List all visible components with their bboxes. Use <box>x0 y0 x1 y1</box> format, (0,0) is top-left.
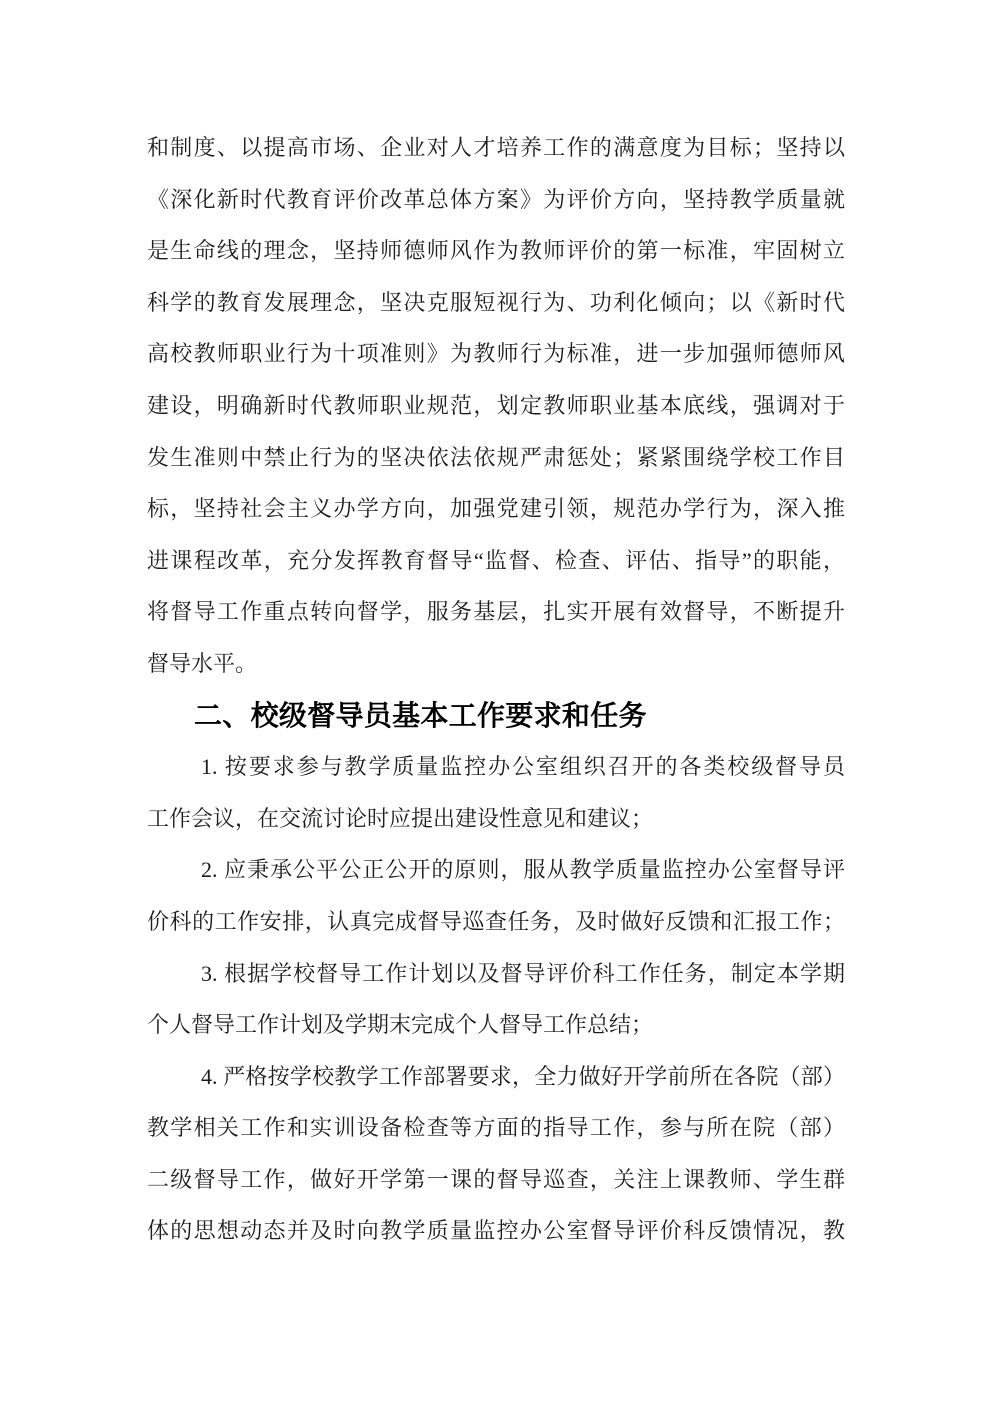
body-text-line: 科学的教育发展理念，坚决克服短视行为、功利化倾向；以《新时代 <box>147 277 845 329</box>
body-text-line: 高校教师职业行为十项准则》为教师行为标准，进一步加强师德师风 <box>147 328 845 380</box>
list-item-line: 体的思想动态并及时向教学质量监控办公室督导评价科反馈情况，教 <box>147 1205 845 1257</box>
body-text-line: 《深化新时代教育评价改革总体方案》为评价方向，坚持教学质量就 <box>147 174 845 226</box>
body-text-line: 标，坚持社会主义办学方向，加强党建引领，规范办学行为，深入推 <box>147 483 845 535</box>
list-item-line: 4. 严格按学校教学工作部署要求，全力做好开学前所在各院（部） <box>147 1051 845 1103</box>
body-text-line: 将督导工作重点转向督学，服务基层，扎实开展有效督导，不断提升 <box>147 586 845 638</box>
list-item-line: 个人督导工作计划及学期末完成个人督导工作总结； <box>147 999 845 1051</box>
document-page: 和制度、以提高市场、企业对人才培养工作的满意度为目标；坚持以 《深化新时代教育评… <box>0 0 992 1403</box>
list-item-line: 工作会议，在交流讨论时应提出建设性意见和建议； <box>147 793 845 845</box>
list-item-line: 3. 根据学校督导工作计划以及督导评价科工作任务，制定本学期 <box>147 948 845 1000</box>
body-text-line: 进课程改革，充分发挥教育督导“监督、检查、评估、指导”的职能， <box>147 535 845 587</box>
list-item-line: 1. 按要求参与教学质量监控办公室组织召开的各类校级督导员 <box>147 741 845 793</box>
text-block: 和制度、以提高市场、企业对人才培养工作的满意度为目标；坚持以 《深化新时代教育评… <box>147 122 845 1257</box>
body-text-line: 建设，明确新时代教师职业规范，划定教师职业基本底线，强调对于 <box>147 380 845 432</box>
body-text-line: 督导水平。 <box>147 638 845 690</box>
list-item-line: 2. 应秉承公平公正公开的原则，服从教学质量监控办公室督导评 <box>147 844 845 896</box>
body-text-line: 是生命线的理念，坚持师德师风作为教师评价的第一标准，牢固树立 <box>147 225 845 277</box>
body-text-line: 发生准则中禁止行为的坚决依法依规严肃惩处；紧紧围绕学校工作目 <box>147 432 845 484</box>
list-item-line: 二级督导工作，做好开学第一课的督导巡查，关注上课教师、学生群 <box>147 1154 845 1206</box>
list-item-line: 教学相关工作和实训设备检查等方面的指导工作，参与所在院（部） <box>147 1102 845 1154</box>
list-item-line: 价科的工作安排，认真完成督导巡查任务，及时做好反馈和汇报工作； <box>147 896 845 948</box>
body-text-line: 和制度、以提高市场、企业对人才培养工作的满意度为目标；坚持以 <box>147 122 845 174</box>
section-heading: 二、校级督导员基本工作要求和任务 <box>147 690 845 742</box>
